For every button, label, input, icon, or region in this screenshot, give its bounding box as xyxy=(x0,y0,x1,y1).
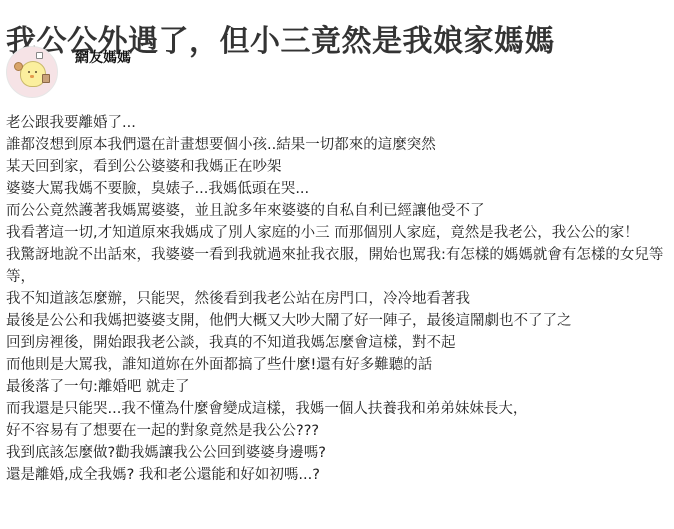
author-block: 網友媽媽 xyxy=(6,46,131,98)
body-line: 婆婆大罵我媽不要臉，臭婊子...我媽低頭在哭... xyxy=(6,178,670,200)
body-line: 我到底該怎麼做?勸我媽讓我公公回到婆婆身邊嗎? xyxy=(6,442,670,464)
chick-eye xyxy=(28,71,30,73)
body-line: 我看著這一切,才知道原來我媽成了別人家庭的小三 而那個別人家庭，竟然是我老公，我… xyxy=(6,222,670,244)
body-line: 好不容易有了想要在一起的對象竟然是我公公??? xyxy=(6,420,670,442)
body-line: 我驚訝地說不出話來，我婆婆一看到我就過來扯我衣服，開始也罵我:有怎樣的媽媽就會有… xyxy=(6,244,670,288)
body-line: 還是離婚,成全我媽? 我和老公還能和好如初嗎...? xyxy=(6,464,670,486)
body-line: 而我還是只能哭...我不懂為什麼會變成這樣，我媽一個人扶養我和弟弟妹妹長大， xyxy=(6,398,670,420)
body-line: 而公公竟然護著我媽罵婆婆，並且說多年來婆婆的自私自利已經讓他受不了 xyxy=(6,200,670,222)
body-line: 而他則是大罵我，誰知道妳在外面都搞了些什麼!還有好多難聽的話 xyxy=(6,354,670,376)
cookie-icon xyxy=(14,62,23,71)
article-body: 老公跟我要離婚了... 誰都沒想到原本我們還在計畫想要個小孩..結果一切都來的這… xyxy=(6,112,670,486)
body-line: 某天回到家，看到公公婆婆和我媽正在吵架 xyxy=(6,156,670,178)
chick-avatar-icon[interactable] xyxy=(6,46,58,98)
chick-eye xyxy=(35,71,37,73)
cup-icon xyxy=(36,52,43,59)
bag-icon xyxy=(42,74,50,83)
chick-beak xyxy=(30,75,34,78)
body-line: 老公跟我要離婚了... xyxy=(6,112,670,134)
author-name[interactable]: 網友媽媽 xyxy=(75,49,131,67)
body-line: 最後落了一句:離婚吧 就走了 xyxy=(6,376,670,398)
body-line: 誰都沒想到原本我們還在計畫想要個小孩..結果一切都來的這麼突然 xyxy=(6,134,670,156)
body-line: 最後是公公和我媽把婆婆支開，他們大概又大吵大鬧了好一陣子，最後這鬧劇也不了了之 xyxy=(6,310,670,332)
body-line: 我不知道該怎麼辦，只能哭，然後看到我老公站在房門口，冷冷地看著我 xyxy=(6,288,670,310)
body-line: 回到房裡後，開始跟我老公談，我真的不知道我媽怎麼會這樣，對不起 xyxy=(6,332,670,354)
